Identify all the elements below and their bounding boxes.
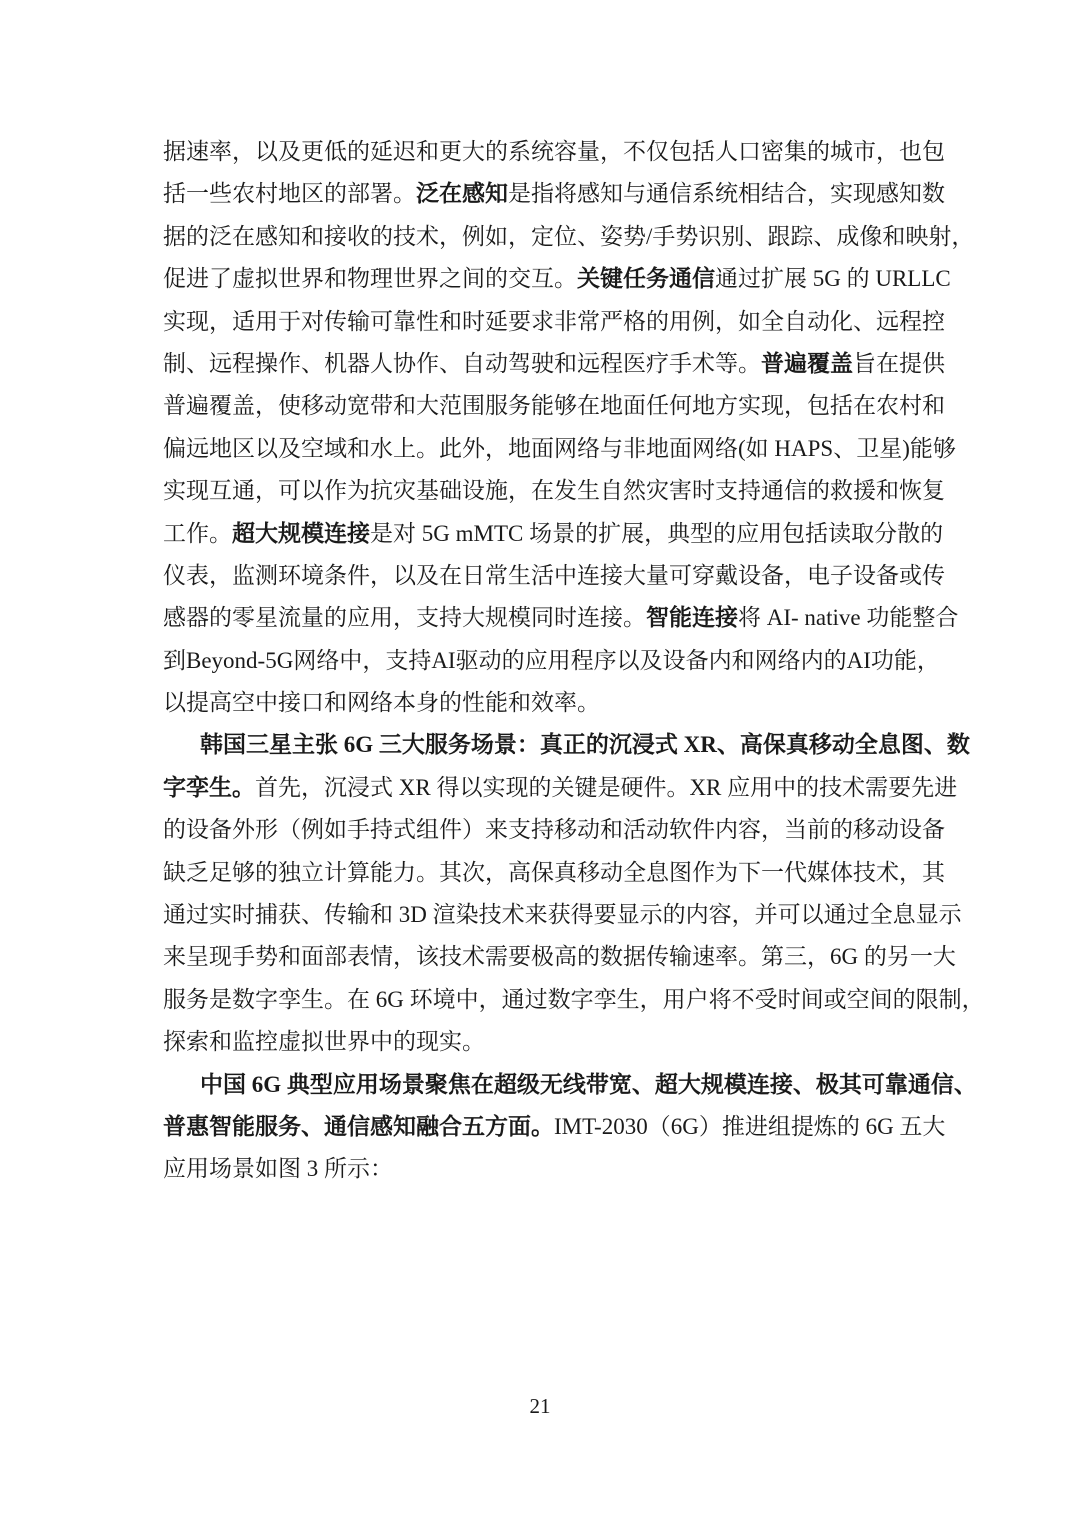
text-line: 据速率，以及更低的延迟和更大的系统容量，不仅包括人口密集的城市，也包 xyxy=(163,131,928,173)
bold-text-segment: 韩国三星主张 6G 三大服务场景：真正的沉浸式 XR、高保真移动全息图、数 xyxy=(200,732,970,757)
text-segment: IMT-2030（6G）推进组提炼的 6G 五大 xyxy=(554,1114,945,1139)
page-footer: 21 xyxy=(0,1393,1080,1419)
bold-text-segment: 智能连接 xyxy=(646,605,738,630)
text-segment: 来呈现手势和面部表情，该技术需要极高的数据传输速率。第三，6G 的另一大 xyxy=(163,944,956,969)
text-segment: 据速率，以及更低的延迟和更大的系统容量，不仅包括人口密集的城市，也包 xyxy=(163,139,945,164)
text-segment: 括一些农村地区的部署。 xyxy=(163,181,416,206)
text-segment: 探索和监控虚拟世界中的现实。 xyxy=(163,1029,485,1054)
text-segment: 通过实时捕获、传输和 3D 渲染技术来获得要显示的内容，并可以通过全息显示 xyxy=(163,902,962,927)
text-line: 括一些农村地区的部署。泛在感知是指将感知与通信系统相结合，实现感知数 xyxy=(163,173,928,215)
text-line: 服务是数字孪生。在 6G 环境中，通过数字孪生，用户将不受时间或空间的限制， xyxy=(163,979,928,1021)
text-line: 普遍覆盖，使移动宽带和大范围服务能够在地面任何地方实现，包括在农村和 xyxy=(163,385,928,427)
text-line: 到Beyond-5G网络中，支持AI驱动的应用程序以及设备内和网络内的AI功能， xyxy=(163,640,928,682)
text-segment: 实现互通，可以作为抗灾基础设施，在发生自然灾害时支持通信的救援和恢复 xyxy=(163,478,945,503)
text-line: 以提高空中接口和网络本身的性能和效率。 xyxy=(163,682,928,724)
text-line: 促进了虚拟世界和物理世界之间的交互。关键任务通信通过扩展 5G 的 URLLC xyxy=(163,258,928,300)
text-segment: 通过扩展 5G 的 URLLC xyxy=(715,266,951,291)
text-segment: 实现，适用于对传输可靠性和时延要求非常严格的用例，如全自动化、远程控 xyxy=(163,309,945,334)
text-line: 通过实时捕获、传输和 3D 渲染技术来获得要显示的内容，并可以通过全息显示 xyxy=(163,894,928,936)
document-page: 据速率，以及更低的延迟和更大的系统容量，不仅包括人口密集的城市，也包括一些农村地… xyxy=(0,0,1080,1527)
text-line: 韩国三星主张 6G 三大服务场景：真正的沉浸式 XR、高保真移动全息图、数 xyxy=(163,724,928,766)
text-line: 来呈现手势和面部表情，该技术需要极高的数据传输速率。第三，6G 的另一大 xyxy=(163,936,928,978)
text-segment: 制、远程操作、机器人协作、自动驾驶和远程医疗手术等。 xyxy=(163,351,761,376)
text-line: 实现互通，可以作为抗灾基础设施，在发生自然灾害时支持通信的救援和恢复 xyxy=(163,470,928,512)
bold-text-segment: 泛在感知 xyxy=(416,181,508,206)
text-segment: 工作。 xyxy=(163,521,232,546)
text-line: 探索和监控虚拟世界中的现实。 xyxy=(163,1021,928,1063)
text-line: 中国 6G 典型应用场景聚焦在超级无线带宽、超大规模连接、极其可靠通信、 xyxy=(163,1064,928,1106)
bold-text-segment: 中国 6G 典型应用场景聚焦在超级无线带宽、超大规模连接、极其可靠通信、 xyxy=(200,1072,977,1097)
text-segment: 是指将感知与通信系统相结合，实现感知数 xyxy=(508,181,945,206)
text-line: 应用场景如图 3 所示： xyxy=(163,1148,928,1190)
text-line: 仪表，监测环境条件，以及在日常生活中连接大量可穿戴设备，电子设备或传 xyxy=(163,555,928,597)
text-line: 偏远地区以及空域和水上。此外，地面网络与非地面网络(如 HAPS、卫星)能够 xyxy=(163,428,928,470)
page-number: 21 xyxy=(530,1394,551,1418)
text-segment: 是对 5G mMTC 场景的扩展，典型的应用包括读取分散的 xyxy=(370,521,943,546)
text-segment: 首先，沉浸式 XR 得以实现的关键是硬件。XR 应用中的技术需要先进 xyxy=(255,775,957,800)
text-segment: 偏远地区以及空域和水上。此外，地面网络与非地面网络(如 HAPS、卫星)能够 xyxy=(163,436,956,461)
text-line: 缺乏足够的独立计算能力。其次，高保真移动全息图作为下一代媒体技术，其 xyxy=(163,852,928,894)
text-segment: 缺乏足够的独立计算能力。其次，高保真移动全息图作为下一代媒体技术，其 xyxy=(163,860,945,885)
text-line: 实现，适用于对传输可靠性和时延要求非常严格的用例，如全自动化、远程控 xyxy=(163,301,928,343)
text-line: 感器的零星流量的应用，支持大规模同时连接。智能连接将 AI- native 功能… xyxy=(163,597,928,639)
text-segment: 感器的零星流量的应用，支持大规模同时连接。 xyxy=(163,605,646,630)
text-segment: 到Beyond-5G网络中，支持AI驱动的应用程序以及设备内和网络内的AI功能， xyxy=(163,648,940,673)
text-line: 字孪生。首先，沉浸式 XR 得以实现的关键是硬件。XR 应用中的技术需要先进 xyxy=(163,767,928,809)
text-line: 据的泛在感知和接收的技术，例如，定位、姿势/手势识别、跟踪、成像和映射， xyxy=(163,216,928,258)
text-segment: 服务是数字孪生。在 6G 环境中，通过数字孪生，用户将不受时间或空间的限制， xyxy=(163,987,985,1012)
bold-text-segment: 普惠智能服务、通信感知融合五方面。 xyxy=(163,1114,554,1139)
bold-text-segment: 关键任务通信 xyxy=(577,266,715,291)
text-segment: 普遍覆盖，使移动宽带和大范围服务能够在地面任何地方实现，包括在农村和 xyxy=(163,393,945,418)
text-segment: 的设备外形（例如手持式组件）来支持移动和活动软件内容，当前的移动设备 xyxy=(163,817,945,842)
text-segment: 据的泛在感知和接收的技术，例如，定位、姿势/手势识别、跟踪、成像和映射， xyxy=(163,224,974,249)
text-segment: 旨在提供 xyxy=(853,351,945,376)
bold-text-segment: 超大规模连接 xyxy=(232,521,370,546)
text-line: 制、远程操作、机器人协作、自动驾驶和远程医疗手术等。普遍覆盖旨在提供 xyxy=(163,343,928,385)
text-segment: 仪表，监测环境条件，以及在日常生活中连接大量可穿戴设备，电子设备或传 xyxy=(163,563,945,588)
text-segment: 以提高空中接口和网络本身的性能和效率。 xyxy=(163,690,600,715)
bold-text-segment: 普遍覆盖 xyxy=(761,351,853,376)
text-segment: 促进了虚拟世界和物理世界之间的交互。 xyxy=(163,266,577,291)
text-segment: 将 AI- native 功能整合 xyxy=(738,605,958,630)
text-line: 的设备外形（例如手持式组件）来支持移动和活动软件内容，当前的移动设备 xyxy=(163,809,928,851)
text-segment: 应用场景如图 3 所示： xyxy=(163,1156,393,1181)
document-body: 据速率，以及更低的延迟和更大的系统容量，不仅包括人口密集的城市，也包括一些农村地… xyxy=(163,131,928,1191)
text-line: 普惠智能服务、通信感知融合五方面。IMT-2030（6G）推进组提炼的 6G 五… xyxy=(163,1106,928,1148)
bold-text-segment: 字孪生。 xyxy=(163,775,255,800)
text-line: 工作。超大规模连接是对 5G mMTC 场景的扩展，典型的应用包括读取分散的 xyxy=(163,513,928,555)
